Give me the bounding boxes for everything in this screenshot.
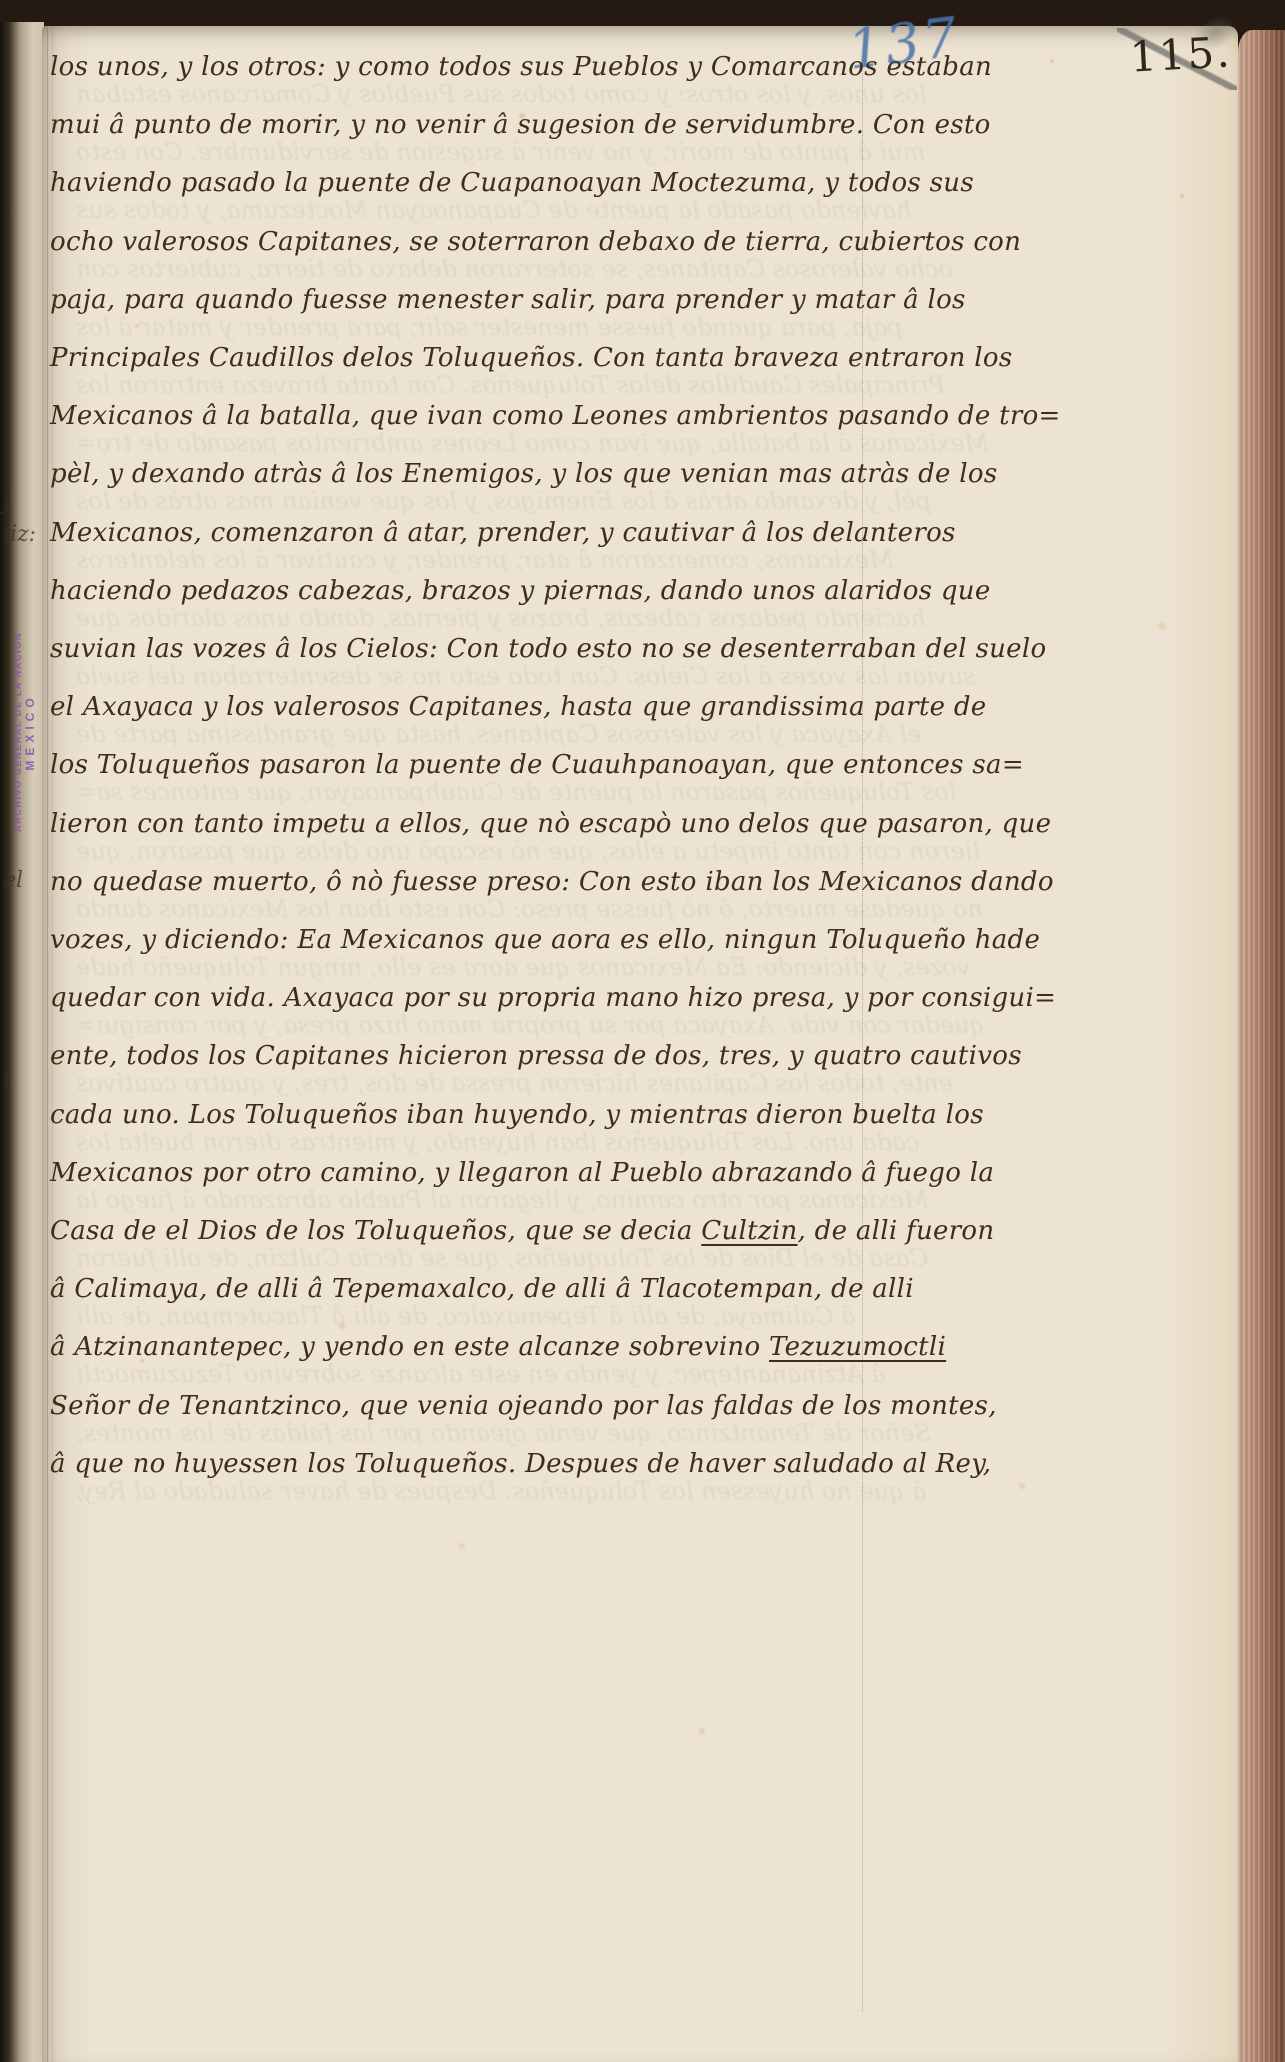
archive-stamp: ARCHIVO GENERAL DE LA NACION MEXICO — [13, 617, 45, 847]
manuscript-line: no quedase muerto, ô nò fuesse preso: Co… — [50, 853, 1054, 911]
manuscript-line: ocho valerosos Capitanes, se soterraron … — [50, 213, 1021, 271]
manuscript-line: Principales Caudillos delos Toluqueños. … — [50, 329, 1012, 387]
manuscript-line: â Atzinanantepec, y yendo en este alcanz… — [50, 1318, 946, 1376]
manuscript-line: â Calimaya, de alli â Tepemaxalco, de al… — [50, 1260, 914, 1318]
manuscript-line: pèl, y dexando atràs â los Enemigos, y l… — [50, 445, 997, 503]
manuscript-line: el Axayaca y los valerosos Capitanes, ha… — [50, 678, 986, 736]
manuscript-line: los Toluqueños pasaron la puente de Cuau… — [50, 736, 1024, 794]
gutter-text-fragment: liz: — [3, 524, 36, 546]
gutter-text-fragment: el — [3, 870, 23, 892]
manuscript-line: quedar con vida. Axayaca por su propria … — [50, 969, 1056, 1027]
gutter-text-fragment: , — [3, 198, 10, 220]
fold-line — [47, 26, 48, 2062]
archive-stamp-country: MEXICO — [24, 617, 37, 847]
manuscript-line: Mexicanos por otro camino, y llegaron al… — [50, 1144, 994, 1202]
manuscript-line: los unos, y los otros: y como todos sus … — [50, 38, 992, 96]
manuscript-line: mui â punto de morir, y no venir â suges… — [50, 96, 991, 154]
manuscript-line: Señor de Tenantzinco, que venia ojeando … — [50, 1377, 997, 1435]
manuscript-line: lieron con tanto impetu a ellos, que nò … — [50, 795, 1051, 853]
manuscript-line: â que no huyessen los Toluqueños. Despue… — [50, 1435, 991, 1493]
manuscript-line: suvian las vozes â los Cielos: Con todo … — [50, 620, 1046, 678]
page-edge-stack — [1238, 30, 1285, 2062]
gutter-text-fragment: j — [3, 492, 10, 514]
manuscript-line: Mexicanos â la batalla, que ivan como Le… — [50, 387, 1061, 445]
manuscript-line: vozes, y diciendo: Ea Mexicanos que aora… — [50, 911, 1040, 969]
manuscript-line: ente, todos los Capitanes hicieron press… — [50, 1027, 1022, 1085]
manuscript-line: Casa de el Dios de los Toluqueños, que s… — [50, 1202, 994, 1260]
manuscript-text: los unos, y los otros: y como todos sus … — [50, 38, 1232, 2062]
manuscript-line: Mexicanos, comenzaron â atar, prender, y… — [50, 504, 956, 562]
manuscript-photo: ,jliz:elt 115. 137 los unos, y los otros… — [0, 0, 1285, 2062]
manuscript-line: haciendo pedazos cabezas, brazos y piern… — [50, 562, 991, 620]
gutter-text-fragment: t — [3, 1070, 12, 1092]
manuscript-line: haviendo pasado la puente de Cuapanoayan… — [50, 154, 974, 212]
manuscript-page: 115. 137 los unos, y los otros: y como t… — [42, 26, 1238, 2062]
manuscript-line: cada uno. Los Toluqueños iban huyendo, y… — [50, 1086, 984, 1144]
manuscript-line: paja, para quando fuesse menester salir,… — [50, 271, 966, 329]
book-gutter: ,jliz:elt — [0, 22, 44, 2062]
